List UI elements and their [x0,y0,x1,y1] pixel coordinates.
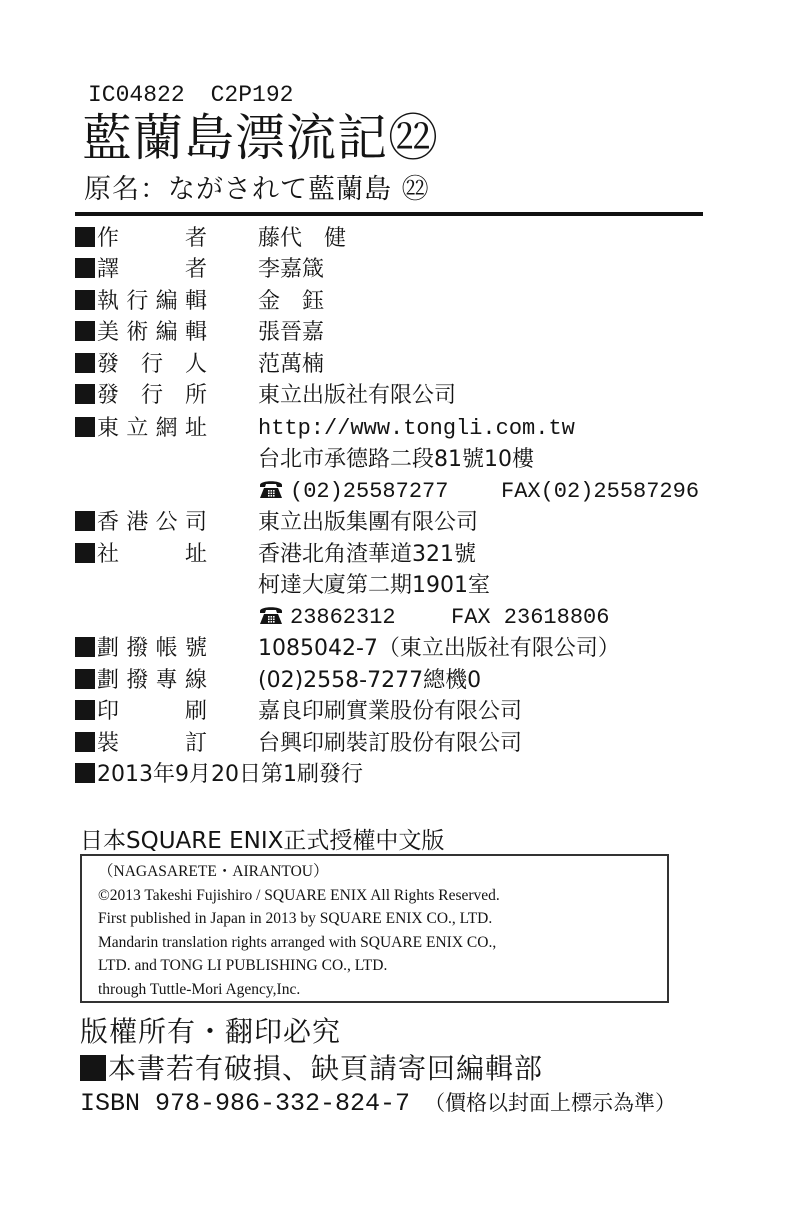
credit-value: (02)2558-7277總機0 [258,666,481,696]
bullet-square-icon [75,384,95,404]
taipei-contact: (02)25587277FAX(02)25587296 [258,477,448,507]
credit-value: 東立出版社有限公司 [258,381,456,411]
license-line: First published in Japan in 2013 by SQUA… [98,907,500,931]
original-title: 原名：ながされて藍蘭島 ㉒ [84,172,430,208]
license-line: LTD. and TONG LI PUBLISHING CO., LTD. [98,954,500,978]
bullet-square-icon [75,543,95,563]
taipei-phone: (02)25587277 [290,479,448,504]
credit-label: 裝 訂 [97,729,207,759]
bullet-square-icon [75,321,95,341]
telephone-icon [258,478,284,500]
credit-row-art-editor: 美術編輯 張晉嘉 [75,318,207,348]
credit-label: 譯 者 [97,255,207,285]
edition-date: 2013年9月20日第1刷發行 [97,762,363,787]
catalog-codes: IC04822C2P192 [88,82,293,108]
divider-rule [75,212,703,216]
bullet-square-icon [75,227,95,247]
credit-row-transfer-account: 劃撥帳號 1085042-7（東立出版社有限公司） [75,634,207,664]
credit-label: 發 行 所 [97,381,207,411]
credit-label: 劃撥專線 [97,666,207,696]
catalog-code: IC04822 [88,82,185,108]
credit-value: 范萬楠 [258,350,324,380]
credit-value: 藤代 健 [258,224,346,254]
credit-row-translator: 譯 者 李嘉箴 [75,255,207,285]
hk-contact: 23862312FAX 23618806 [258,603,396,633]
credit-label: 印 刷 [97,697,207,727]
credit-row-website: 東立網址 http://www.tongli.com.tw [75,414,207,444]
bullet-square-icon [75,353,95,373]
credit-row-printing: 印 刷 嘉良印刷實業股份有限公司 [75,697,207,727]
damaged-notice-row: 本書若有破損、缺頁請寄回編輯部 [80,1047,543,1087]
book-title: 藍蘭島漂流記㉒ [82,108,439,168]
license-line: ©2013 Takeshi Fujishiro / SQUARE ENIX Al… [98,884,500,908]
isbn-row: ISBN 978-986-332-824-7（價格以封面上標示為準） [80,1087,676,1118]
hk-fax: FAX 23618806 [451,603,609,633]
credit-row-executive-editor: 執行編輯 金 鈺 [75,287,207,317]
bullet-square-icon [75,511,95,531]
credit-label: 劃撥帳號 [97,634,207,664]
taipei-address: 台北市承德路二段81號10樓 [258,445,534,475]
license-box: （NAGASARETE・AIRANTOU） ©2013 Takeshi Fuji… [80,854,669,1003]
credit-label: 發 行 人 [97,350,207,380]
credit-label: 社 址 [97,540,207,570]
hk-address-line1: 香港北角渣華道321號 [258,540,476,570]
hk-company: 東立出版集團有限公司 [258,508,478,538]
edition-row: 2013年9月20日第1刷發行 [75,760,363,790]
price-note: （價格以封面上標示為準） [424,1091,676,1115]
credit-row-author: 作 者 藤代 健 [75,224,207,254]
credit-label: 執行編輯 [97,287,207,317]
taipei-fax: FAX(02)25587296 [501,477,699,507]
license-title: 日本SQUARE ENIX正式授權中文版 [80,822,444,855]
credit-value: 嘉良印刷實業股份有限公司 [258,697,522,727]
license-line: through Tuttle-Mori Agency,Inc. [98,978,500,1002]
bullet-square-icon [75,258,95,278]
hk-address-row: 社 址 香港北角渣華道321號 [75,540,207,570]
credit-row-publisher: 發 行 人 范萬楠 [75,350,207,380]
credit-row-binding: 裝 訂 台興印刷裝訂股份有限公司 [75,729,207,759]
credit-value: 金 鈺 [258,287,324,317]
damaged-notice: 本書若有破損、缺頁請寄回編輯部 [108,1052,543,1085]
bullet-square-icon [75,290,95,310]
license-line: （NAGASARETE・AIRANTOU） [98,860,500,884]
hk-company-row: 香港公司 東立出版集團有限公司 [75,508,207,538]
credit-label: 香港公司 [97,508,207,538]
isbn: ISBN 978-986-332-824-7 [80,1089,410,1118]
credit-value: 1085042-7（東立出版社有限公司） [258,634,620,664]
hk-phone: 23862312 [290,605,396,630]
bullet-square-icon [75,669,95,689]
credit-label: 東立網址 [97,414,207,444]
credit-row-publishing-house: 發 行 所 東立出版社有限公司 [75,381,207,411]
credit-value: 張晉嘉 [258,318,324,348]
credit-label: 美術編輯 [97,318,207,348]
website-link[interactable]: http://www.tongli.com.tw [258,414,575,444]
bullet-square-icon [75,417,95,437]
catalog-code: C2P192 [211,82,294,108]
hk-address-line2: 柯達大廈第二期1901室 [258,571,490,601]
bullet-square-icon [80,1055,106,1081]
credit-value: 台興印刷裝訂股份有限公司 [258,729,522,759]
bullet-square-icon [75,637,95,657]
telephone-icon [258,604,284,626]
license-line: Mandarin translation rights arranged wit… [98,931,500,955]
credit-label: 作 者 [97,224,207,254]
bullet-square-icon [75,700,95,720]
credit-row-transfer-line: 劃撥專線 (02)2558-7277總機0 [75,666,207,696]
bullet-square-icon [75,732,95,752]
bullet-square-icon [75,763,95,783]
rights-notice: 版權所有・翻印必究 [80,1010,341,1050]
credit-value: 李嘉箴 [258,255,324,285]
